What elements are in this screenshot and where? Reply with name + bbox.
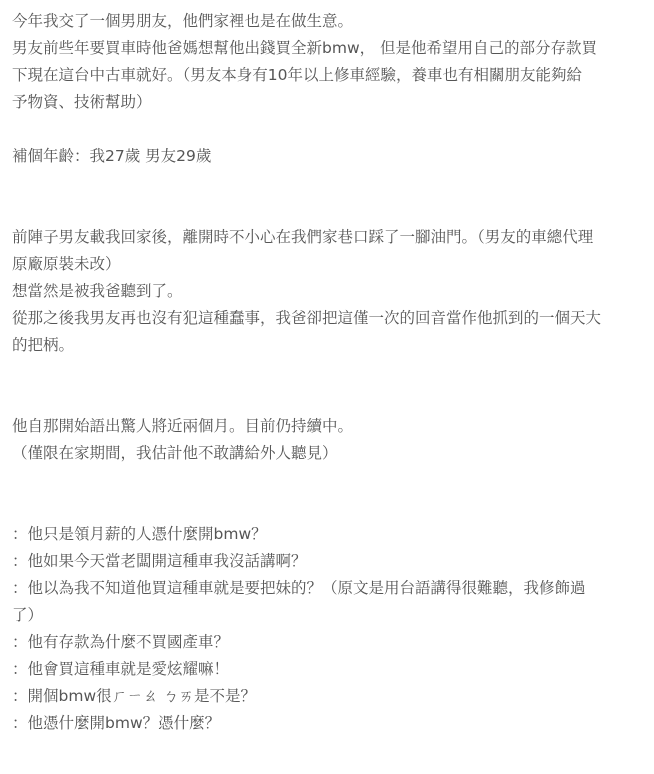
intro-line-4: 予物資、技術幫助） [12, 89, 627, 116]
story-line-2: 原廠原裝未改） [12, 251, 627, 278]
quote-7: ：他憑什麼開bmw？憑什麼？ [12, 710, 627, 737]
spacer [12, 116, 627, 143]
ages-line: 補個年齡：我27歲 男友29歲 [12, 143, 627, 170]
quote-6: ：開個bmw很ㄏㄧㄠ ㄅㄞ是不是？ [12, 683, 627, 710]
quote-2: ：他如果今天當老闆開這種車我沒話講啊？ [12, 548, 627, 575]
story-line-3: 想當然是被我爸聽到了。 [12, 278, 627, 305]
spacer [12, 359, 627, 386]
spacer [12, 170, 627, 197]
spacer [12, 386, 627, 413]
quote-5: ：他會買這種車就是愛炫耀嘛！ [12, 656, 627, 683]
post-body: 今年我交了一個男朋友，他們家裡也是在做生意。 男友前些年要買車時他爸媽想幫他出錢… [12, 8, 627, 737]
quote-3-line-1: ：他以為我不知道他買這種車就是要把妹的？（原文是用台語講得很難聽，我修飾過 [12, 575, 627, 602]
intro-line-2: 男友前些年要買車時他爸媽想幫他出錢買全新bmw， 但是他希望用自己的部分存款買 [12, 35, 627, 62]
duration-line-1: 他自那開始語出驚人將近兩個月。目前仍持續中。 [12, 413, 627, 440]
spacer [12, 197, 627, 224]
story-line-1: 前陣子男友載我回家後，離開時不小心在我們家巷口踩了一腳油門。（男友的車總代理 [12, 224, 627, 251]
story-line-5: 的把柄。 [12, 332, 627, 359]
spacer [12, 494, 627, 521]
quote-4: ：他有存款為什麼不買國產車？ [12, 629, 627, 656]
duration-line-2: （僅限在家期間，我估計他不敢講給外人聽見） [12, 440, 627, 467]
intro-line-3: 下現在這台中古車就好。（男友本身有10年以上修車經驗，養車也有相關朋友能夠給 [12, 62, 627, 89]
quote-3-line-2: 了） [12, 602, 627, 629]
quote-1: ：他只是領月薪的人憑什麼開bmw？ [12, 521, 627, 548]
story-line-4: 從那之後我男友再也沒有犯這種蠢事，我爸卻把這僅一次的回音當作他抓到的一個天大 [12, 305, 627, 332]
intro-line-1: 今年我交了一個男朋友，他們家裡也是在做生意。 [12, 8, 627, 35]
spacer [12, 467, 627, 494]
